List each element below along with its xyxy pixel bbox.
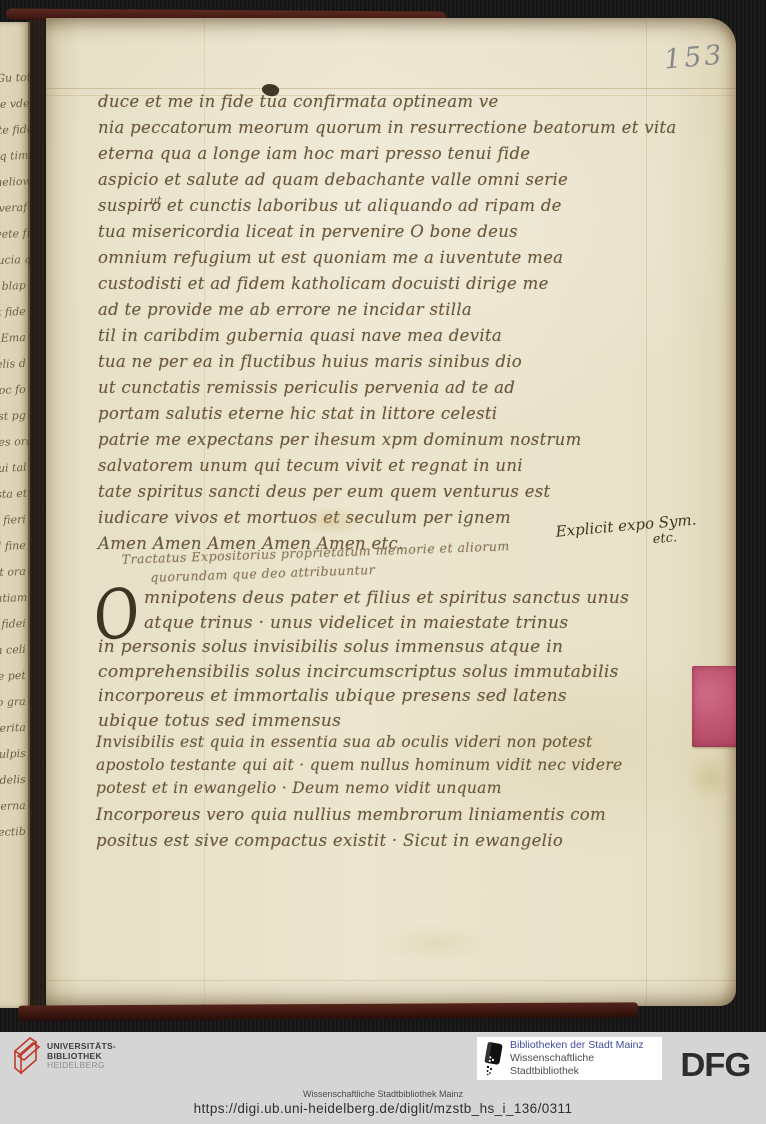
manuscript-text-line: salvatorem unum qui tecum vivit et regna… — [98, 456, 668, 482]
gutter-text-fragment: o pfectib — [0, 825, 26, 853]
pink-bookmark-tab — [692, 666, 736, 747]
parchment-stain — [376, 923, 496, 963]
gutter-text-fragment: lua et fide — [0, 305, 26, 333]
manuscript-text-line: ut cunctatis remissis periculis pervenia… — [98, 378, 668, 404]
gutter-text-fragment: ports Gu tota — [0, 71, 26, 99]
manuscript-text-line: ubique totus sed immensus — [98, 711, 678, 736]
mainz-line1: Bibliotheken der Stadt Mainz — [510, 1039, 662, 1052]
gutter-text-fragment: Radio q timi — [0, 149, 26, 177]
gutter-text-fragment: us ad fine — [0, 539, 26, 567]
manuscript-text-line: patrie me expectans per ihesum xpm domin… — [98, 430, 668, 456]
mainz-logo: Bibliotheken der Stadt Mainz Wissenschaf… — [477, 1037, 662, 1080]
manuscript-text-line: custodisti et ad fidem katholicam docuis… — [98, 274, 668, 300]
manuscript-text-line: Invisibilis est quia in essentia sua ab … — [96, 733, 686, 756]
manuscript-text-line: incorporeus et immortalis ubique presens… — [98, 686, 678, 711]
folio-number: 153 — [663, 39, 726, 75]
manuscript-text-line: duce et me in fide tua confirmata optine… — [98, 92, 668, 118]
gutter-text-fragments: ports Gu totao prope vdeofilio vite fide… — [0, 72, 26, 852]
manuscript-page: 153 duce et me in fide tua confirmata op… — [46, 18, 736, 1006]
gutter-text-fragment: lua resta et — [0, 487, 26, 515]
manuscript-text-line: tate spiritus sancti deus per eum quem v… — [98, 482, 668, 508]
parchment-stain — [296, 506, 366, 536]
manuscript-text-line: in personis solus invisibilis solus imme… — [98, 637, 678, 662]
heidelberg-books-icon — [12, 1036, 42, 1078]
manuscript-photo: ports Gu totao prope vdeofilio vite fide… — [0, 0, 766, 1032]
gutter-text-fragment: filios blap — [0, 279, 26, 307]
ruling-line-horizontal — [46, 88, 736, 89]
gutter-text-fragment: is deo gra — [0, 695, 26, 723]
gutter-text-fragment: filio vite fide — [0, 123, 26, 151]
interlinear-note: ut — [150, 194, 162, 207]
heidelberg-logo-text: UNIVERSITÄTS- BIBLIOTHEK HEIDELBERG — [47, 1042, 116, 1071]
gutter-text-fragment: o prope vdeo — [0, 97, 26, 125]
manuscript-text-line: atque trinus · unus videlicet in maiesta… — [98, 613, 678, 638]
gutter-text-fragment: em et ora — [0, 565, 26, 593]
manuscript-text-line: omnium refugium ut est quoniam me a iuve… — [98, 248, 668, 274]
gutter-text-fragment: rum celi — [0, 643, 26, 671]
mainz-book-icon — [483, 1042, 505, 1076]
footer-bar: UNIVERSITÄTS- BIBLIOTHEK HEIDELBERG — [0, 1032, 766, 1124]
manuscript-text-line: tua misericordia liceat in pervenire O b… — [98, 222, 668, 248]
manuscript-text-line: mnipotens deus pater et filius et spirit… — [98, 588, 678, 613]
manuscript-text-line: suspiro et cunctis laboribus ut aliquand… — [98, 196, 668, 222]
gutter-text-fragment: ptas qui tal — [0, 461, 26, 489]
gutter-text-fragment: wo nost pg — [0, 409, 26, 437]
gutter-text-fragment: bis gratiam — [0, 591, 26, 619]
manuscript-text-line: apostolo testante qui ait · quem nullus … — [96, 756, 686, 779]
manuscript-text-line: nia peccatorum meorum quorum in resurrec… — [98, 118, 668, 144]
omnipotens-paragraph: mnipotens deus pater et filius et spirit… — [98, 588, 678, 736]
gutter-text-fragment: ne fidelis — [0, 773, 26, 801]
gutter-text-fragment: os culpis — [0, 747, 26, 775]
gutter-text-fragment: le o fieri — [0, 513, 26, 541]
gutter-text-fragment: fidem veraf — [0, 201, 26, 229]
manuscript-text-line: comprehensibilis solus incircumscriptus … — [98, 662, 678, 687]
incorporeus-paragraph: Incorporeus vero quia nullius membrorum … — [96, 805, 686, 856]
manuscript-text-line: positus est sive compactus existit · Sic… — [96, 831, 686, 857]
manuscript-text-line: eterna qua a longe iam hoc mari presso t… — [98, 144, 668, 170]
mainz-logo-text: Bibliotheken der Stadt Mainz Wissenschaf… — [510, 1039, 662, 1078]
manuscript-text-line: Incorporeus vero quia nullius membrorum … — [96, 805, 686, 831]
parchment-stain — [686, 753, 734, 803]
manuscript-text-line: tua ne per ea in fluctibus huius maris s… — [98, 352, 668, 378]
digitized-manuscript-viewer: ports Gu totao prope vdeofilio vite fide… — [0, 0, 766, 1124]
manuscript-text-line: portam salutis eterne hic stat in littor… — [98, 404, 668, 430]
gutter-text-fragment: peto meliow — [0, 175, 26, 203]
heidelberg-logo: UNIVERSITÄTS- BIBLIOTHEK HEIDELBERG — [12, 1036, 116, 1078]
gutter-text-fragment: ad te pet — [0, 669, 26, 697]
binding-edge-bottom — [18, 1002, 638, 1020]
gutter-text-fragment: et merita — [0, 721, 26, 749]
manuscript-text-line: potest et in ewangelio · Deum nemo vidit… — [96, 779, 686, 802]
manuscript-text-line: aspicio et salute ad quam debachante val… — [98, 170, 668, 196]
gutter-text-fragment: nec fidei — [0, 617, 26, 645]
gutter-text-fragment: en ipi es ora — [0, 435, 26, 463]
mainz-line2: Wissenschaftliche Stadtbibliothek — [510, 1052, 662, 1078]
library-caption: Wissenschaftliche Stadtbibliothek Mainz — [0, 1089, 766, 1099]
facing-page-edge: ports Gu totao prope vdeofilio vite fide… — [0, 22, 30, 1008]
heidelberg-line3: HEIDELBERG — [47, 1061, 116, 1071]
ruling-line-horizontal — [46, 980, 736, 981]
gutter-text-fragment: et fidelis d — [0, 357, 26, 385]
gutter-text-fragment: bus hoc fo — [0, 383, 26, 411]
manuscript-text-line: ad te provide me ab errore ne incidar st… — [98, 300, 668, 326]
manuscript-text-line: til in caribdim gubernia quasi nave mea … — [98, 326, 668, 352]
prayer-text-block: duce et me in fide tua confirmata optine… — [98, 92, 668, 560]
gutter-text-fragment: et eterna — [0, 799, 26, 827]
gutter-text-fragment: bri fiducia q — [0, 253, 26, 281]
source-url: https://digi.ub.uni-heidelberg.de/diglit… — [0, 1101, 766, 1116]
dfg-logo: DFG — [680, 1046, 750, 1084]
gutter-text-fragment: lor cavete fr — [0, 227, 26, 255]
invisibilis-paragraph: Invisibilis est quia in essentia sua ab … — [96, 733, 686, 802]
gutter-text-fragment: fero Ema — [0, 331, 26, 359]
